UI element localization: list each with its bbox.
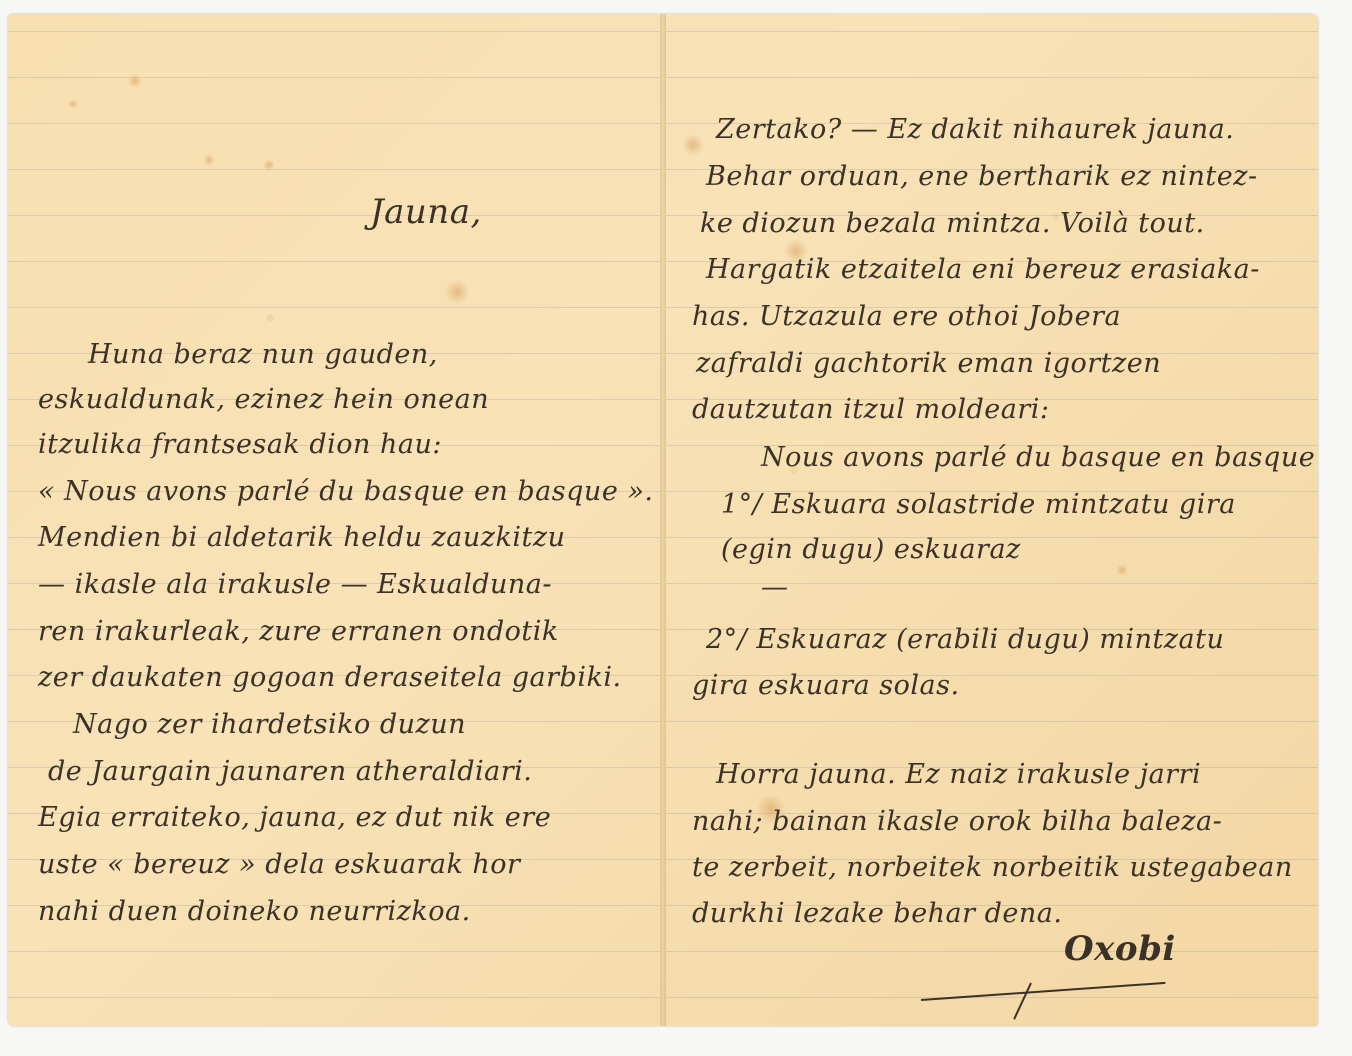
- letter-line: Egia erraiteko, jauna, ez dut nik ere: [38, 802, 551, 833]
- stain: [203, 154, 215, 166]
- signature: Oxobi: [1064, 929, 1176, 969]
- letter-sheet: Jauna, Huna beraz nun gauden, eskualduna…: [8, 14, 1318, 1026]
- letter-line: zafraldi gachtorik eman igortzen: [696, 348, 1161, 379]
- letter-line: Behar orduan, ene bertharik ez nintez-: [706, 161, 1258, 192]
- letter-line: Hargatik etzaitela eni bereuz erasiaka-: [706, 254, 1260, 285]
- right-page: Zertako? — Ez dakit nihaurek jauna. Beha…: [666, 14, 1318, 1026]
- letter-line: Nago zer ihardetsiko duzun: [73, 709, 466, 740]
- letter-line: has. Utzazula ere othoi Jobera: [692, 301, 1121, 332]
- letter-line: zer daukaten gogoan deraseitela garbiki.: [38, 662, 622, 693]
- signature-flourish: [921, 982, 1166, 1001]
- letter-line: — ikasle ala irakusle — Eskualduna-: [38, 569, 552, 600]
- letter-line: uste « bereuz » dela eskuarak hor: [38, 849, 520, 880]
- letter-line: Horra jauna. Ez naiz irakusle jarri: [716, 759, 1201, 790]
- letter-line: « Nous avons parlé du basque en basque »…: [38, 476, 653, 507]
- stain: [68, 99, 78, 109]
- letter-line: Zertako? — Ez dakit nihaurek jauna.: [716, 114, 1234, 145]
- stain: [682, 134, 704, 156]
- stain: [128, 74, 142, 88]
- letter-line: (egin dugu) eskuaraz: [721, 534, 1021, 565]
- letter-line: Huna beraz nun gauden,: [88, 339, 438, 370]
- letter-line: ren irakurleak, zure erranen ondotik: [38, 616, 559, 647]
- letter-line: itzulika frantsesak dion hau:: [38, 429, 442, 460]
- letter-line: 1°/ Eskuara solastride mintzatu gira: [721, 489, 1236, 520]
- stain: [1116, 564, 1128, 576]
- letter-line: nahi; bainan ikasle orok bilha baleza-: [692, 806, 1222, 837]
- letter-line: durkhi lezake behar dena.: [692, 898, 1062, 929]
- separator-dash: —: [761, 572, 789, 603]
- letter-line: gira eskuara solas.: [692, 670, 960, 701]
- signature-flourish: [1013, 983, 1032, 1020]
- stain: [444, 279, 470, 305]
- letter-line: Nous avons parlé du basque en basque: [761, 442, 1315, 473]
- letter-line: eskualdunak, ezinez hein onean: [38, 384, 489, 415]
- letter-line: Mendien bi aldetarik heldu zauzkitzu: [38, 522, 565, 553]
- left-page: Jauna, Huna beraz nun gauden, eskualduna…: [8, 14, 660, 1026]
- letter-line: de Jaurgain jaunaren atheraldiari.: [48, 756, 532, 787]
- letter-line: nahi duen doineko neurrizkoa.: [38, 896, 471, 927]
- letter-line: te zerbeit, norbeitek norbeitik ustegabe…: [692, 852, 1293, 883]
- stain: [263, 159, 275, 171]
- salutation: Jauna,: [370, 192, 482, 232]
- letter-line: ke diozun bezala mintza. Voilà tout.: [700, 208, 1205, 239]
- letter-line: 2°/ Eskuaraz (erabili dugu) mintzatu: [706, 624, 1224, 655]
- letter-line: dautzutan itzul moldeari:: [692, 394, 1049, 425]
